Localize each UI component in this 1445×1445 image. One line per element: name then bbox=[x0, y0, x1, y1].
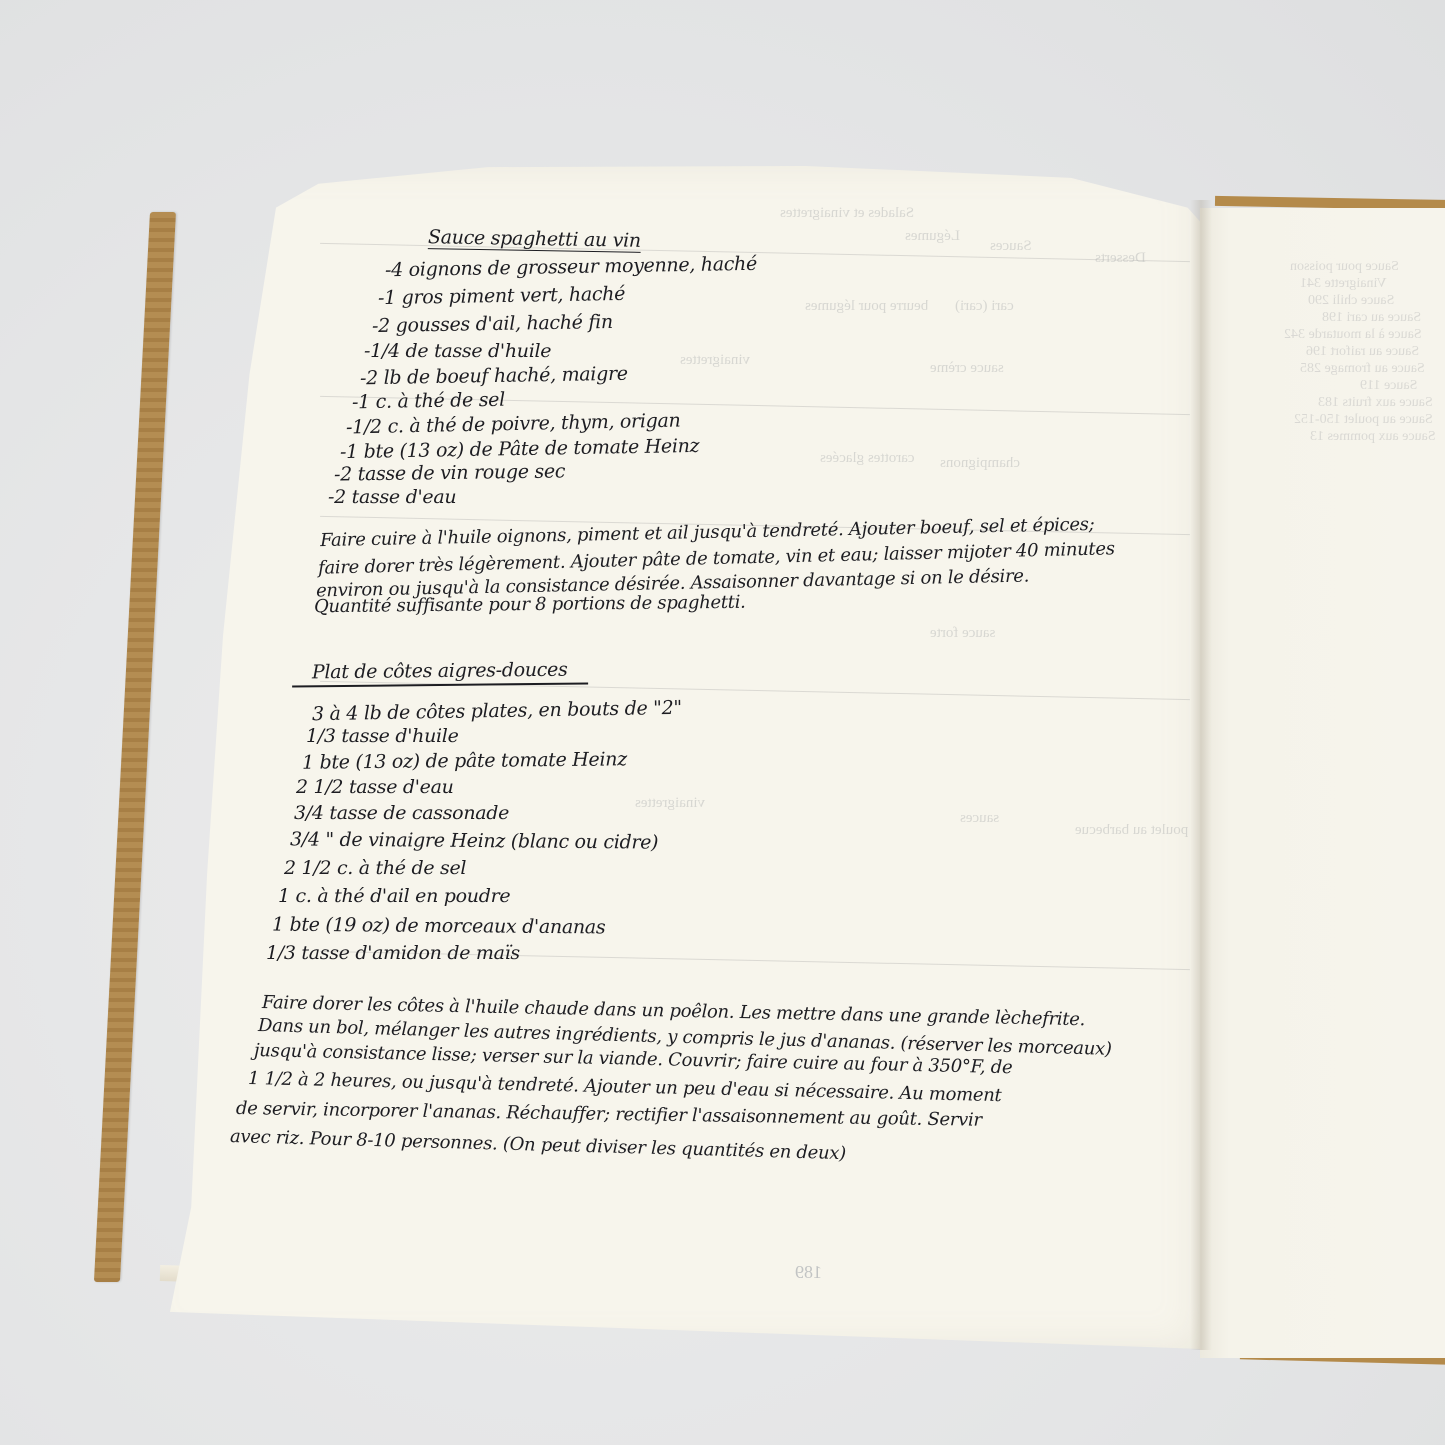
ghost-header: Légumes bbox=[905, 228, 960, 245]
ghost-index-line: Sauce au poulet 150-152 bbox=[1294, 411, 1433, 428]
ingredient-line: -2 gousses d'ail, haché fin bbox=[372, 311, 613, 337]
ingredient-line: -2 tasse d'eau bbox=[328, 486, 456, 508]
ghost-cell: carottes glacées bbox=[820, 450, 915, 467]
ghost-index-line: Sauce chili 290 bbox=[1308, 292, 1394, 309]
ghost-index-line: Sauce pour poisson bbox=[1290, 258, 1399, 275]
ghost-header: Salades et vinaigrettes bbox=[780, 205, 914, 222]
ghost-cell: vinaigrettes bbox=[635, 795, 705, 812]
ingredient-line: 3/4 tasse de cassonade bbox=[294, 802, 509, 824]
ghost-index-line: Sauce 119 bbox=[1360, 377, 1417, 394]
ingredient-line: 3/4 " de vinaigre Heinz (blanc ou cidre) bbox=[290, 828, 658, 853]
ghost-cell: cari (cari) bbox=[955, 298, 1014, 315]
ghost-index-line: Sauce à la moutarde 342 bbox=[1284, 326, 1422, 343]
ghost-index-line: Sauce aux pommes 13 bbox=[1310, 428, 1436, 445]
ingredient-line: -2 lb de boeuf haché, maigre bbox=[360, 363, 628, 390]
ghost-header: Sauces bbox=[990, 238, 1032, 255]
ingredient-line: 1/3 tasse d'amidon de maïs bbox=[266, 942, 520, 964]
recipe-title: Sauce spaghetti au vin bbox=[428, 226, 641, 252]
ghost-index-line: Sauce au cari 198 bbox=[1322, 309, 1421, 326]
ghost-index-line: Sauce au raifort 196 bbox=[1306, 343, 1419, 360]
ingredient-line: 2 1/2 tasse d'eau bbox=[296, 776, 454, 798]
ghost-cell: champignons bbox=[940, 455, 1020, 472]
ghost-cell: poulet au barbecue bbox=[1075, 822, 1188, 839]
ghost-index-line: Sauce aux fruits 183 bbox=[1318, 394, 1433, 411]
ingredient-line: -1 gros piment vert, haché bbox=[378, 283, 625, 309]
ghost-cell: sauces bbox=[960, 810, 999, 827]
ingredient-line: 1 c. à thé d'ail en poudre bbox=[278, 885, 510, 907]
ghost-index-line: Sauce au fromage 285 bbox=[1300, 360, 1425, 377]
ghost-index-line: Vinaigrette 341 bbox=[1300, 275, 1387, 292]
ingredient-line: 1 bte (13 oz) de pâte tomate Heinz bbox=[302, 748, 627, 773]
ghost-cell: sauce crème bbox=[930, 360, 1004, 377]
ingredient-line: 2 1/2 c. à thé de sel bbox=[284, 857, 466, 879]
ghost-cell: sauce forte bbox=[930, 625, 995, 642]
recipe-title: Plat de côtes aigres-douces bbox=[292, 658, 588, 687]
ingredient-line: -1/4 de tasse d'huile bbox=[364, 340, 551, 362]
ghost-cell: beurre pour légumes bbox=[805, 298, 928, 315]
ghost-cell: vinaigrettes bbox=[680, 352, 750, 369]
ingredient-line: -1 c. à thé de sel bbox=[352, 389, 505, 414]
ingredient-line: -2 tasse de vin rouge sec bbox=[334, 460, 565, 485]
page-number: 189 bbox=[795, 1262, 822, 1283]
ingredient-line: 1 bte (19 oz) de morceaux d'ananas bbox=[272, 914, 606, 939]
ingredient-line: 1/3 tasse d'huile bbox=[306, 725, 459, 747]
book-gutter bbox=[1190, 200, 1212, 1350]
